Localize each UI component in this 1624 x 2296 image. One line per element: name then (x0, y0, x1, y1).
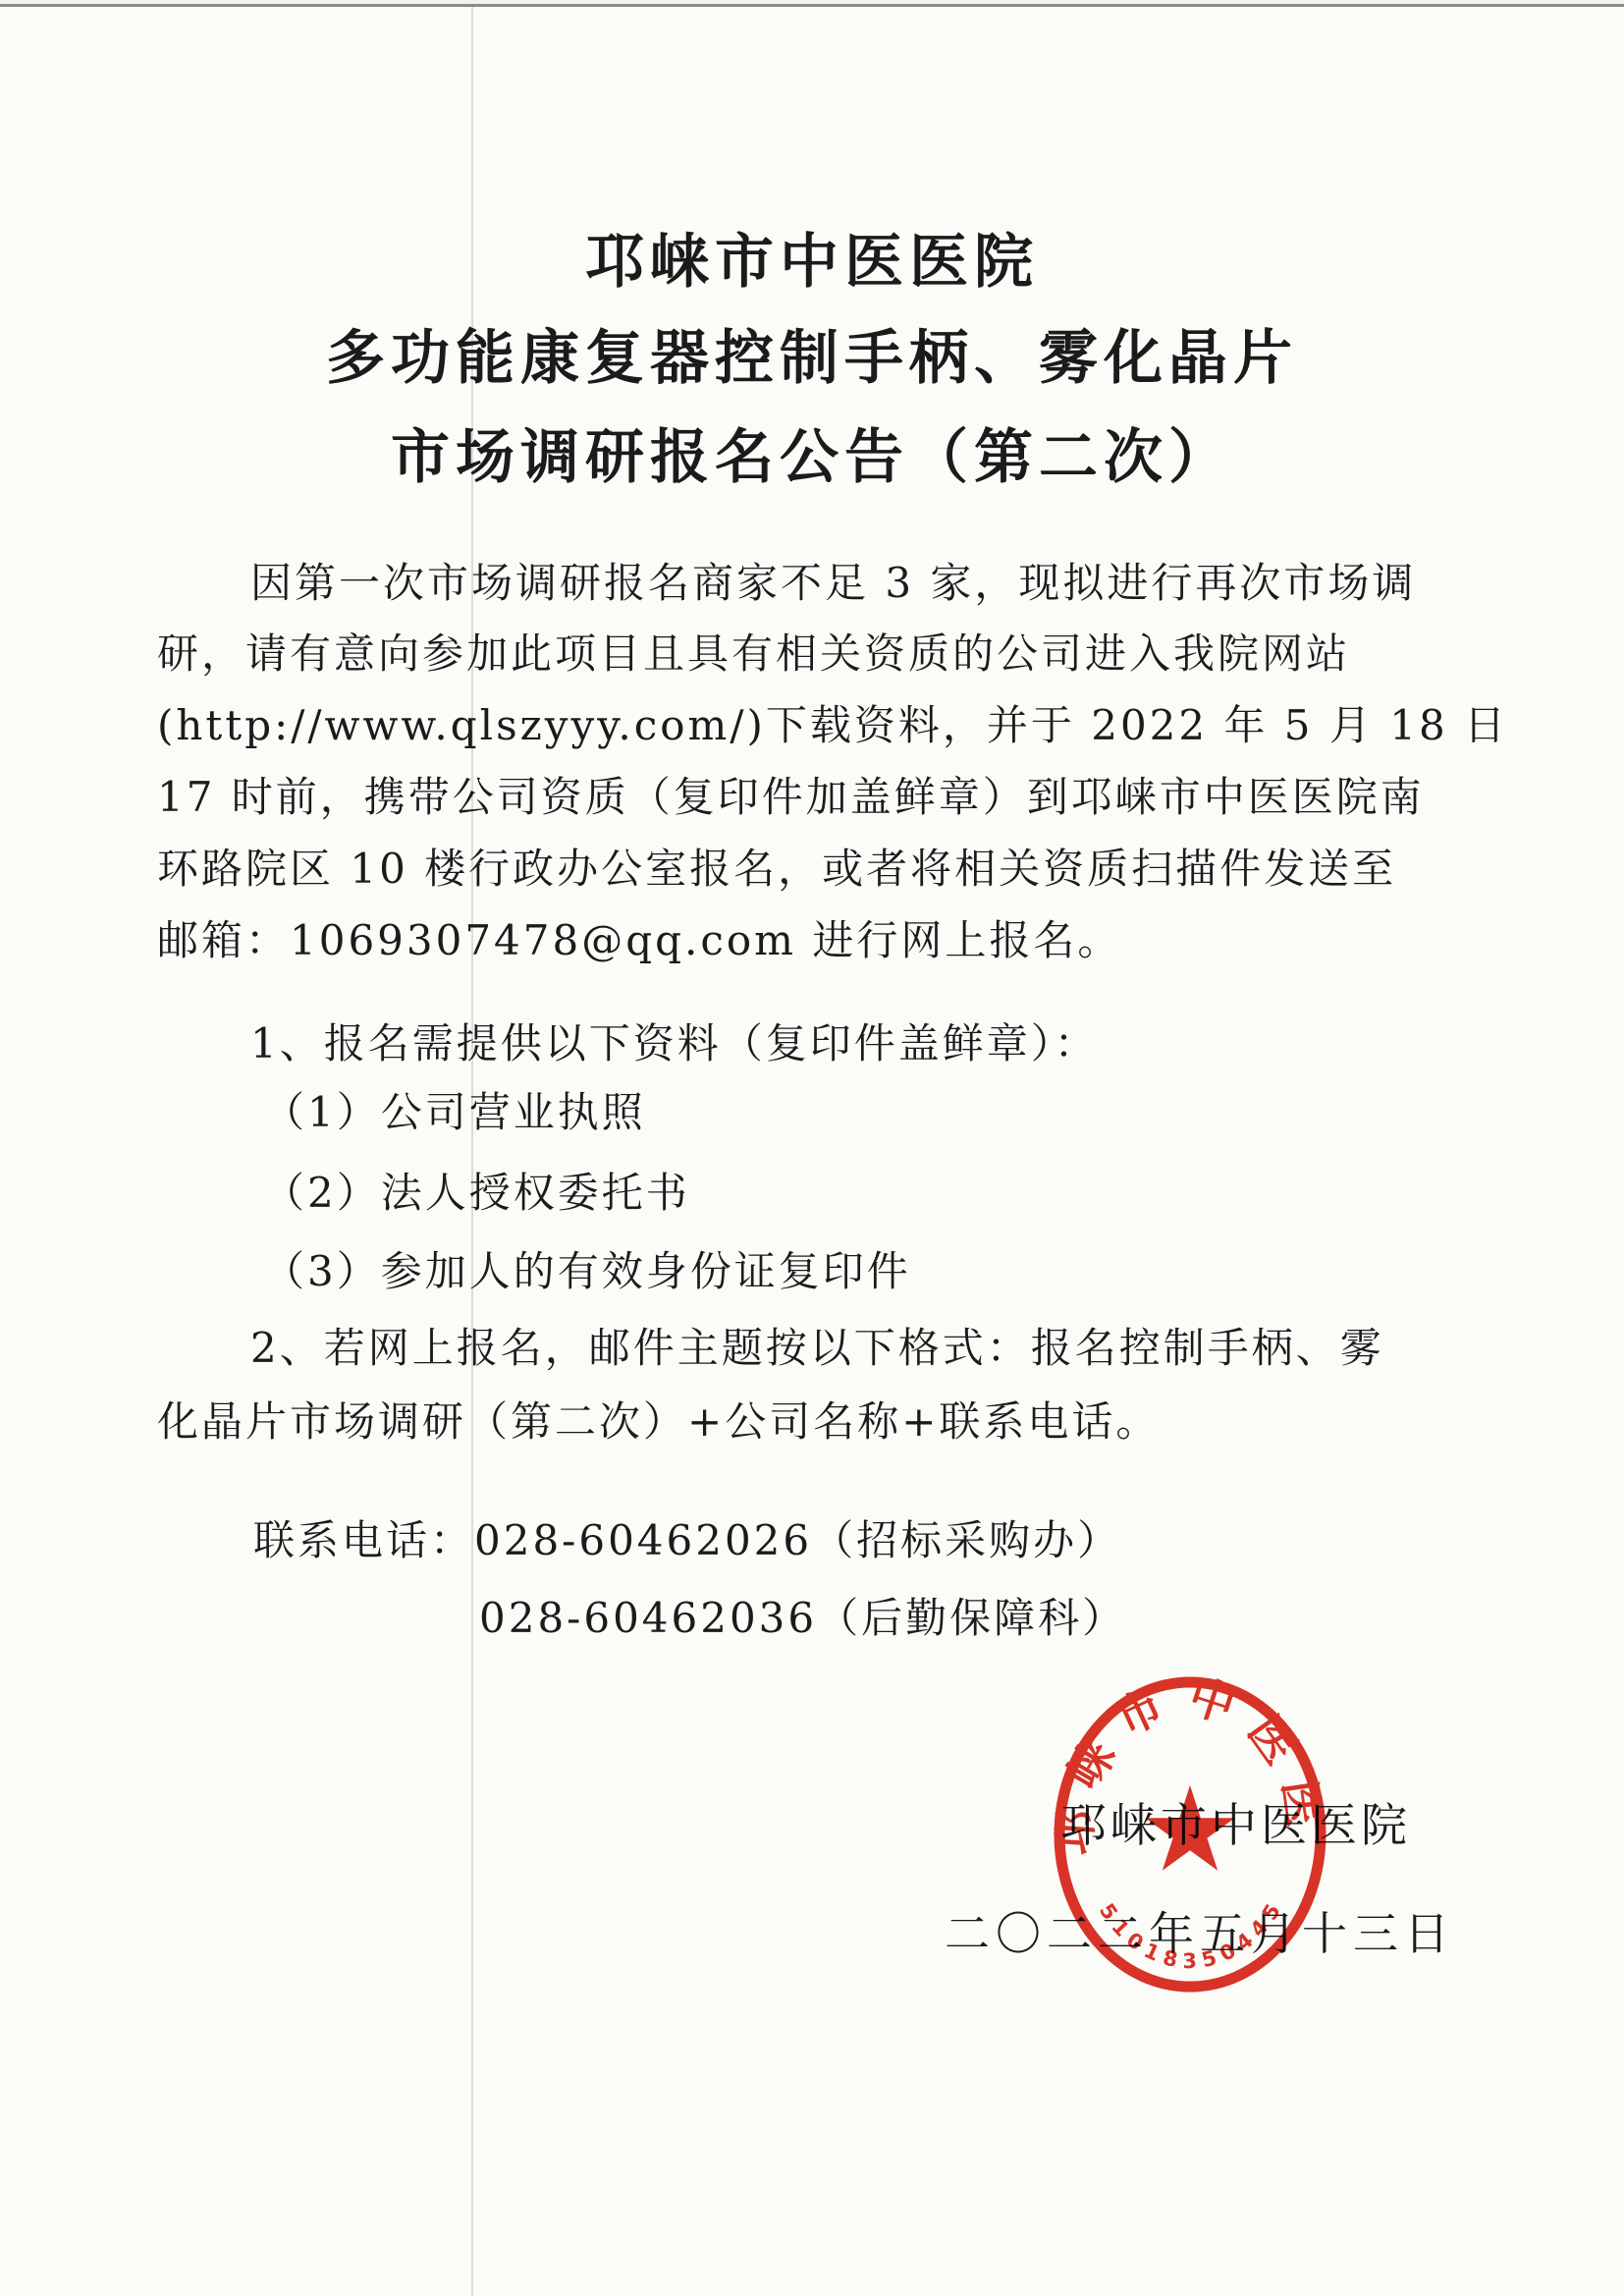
scan-edge-line (0, 4, 1624, 7)
body-line-2: 研，请有意向参加此项目且具有相关资质的公司进入我院网站 (157, 631, 1350, 677)
body-line-3: (http://www.qlszyyy.com/)下载资料，并于 2022 年 … (157, 703, 1508, 748)
list-item-2: 2、若网上报名，邮件主题按以下格式：报名控制手柄、雾 (250, 1326, 1384, 1371)
list-item-1: 1、报名需提供以下资料（复印件盖鲜章）： (250, 1021, 1099, 1066)
title-line-notice: 市场调研报名公告（第二次） (0, 427, 1624, 489)
contact-phone-2: 028-60462036（后勤保障科） (479, 1596, 1126, 1641)
scanned-announcement-page: 邛崃市中医医院 多功能康复器控制手柄、雾化晶片 市场调研报名公告（第二次） 因第… (0, 0, 1624, 2296)
title-line-project: 多功能康复器控制手柄、雾化晶片 (0, 328, 1624, 390)
title-line-hospital: 邛崃市中医医院 (0, 232, 1624, 294)
signature-date: 二〇二二年五月十三日 (945, 1909, 1455, 1959)
body-line-4: 17 时前，携带公司资质（复印件加盖鲜章）到邛崃市中医医院南 (157, 775, 1425, 820)
list-item-1-3: （3）参加人的有效身份证复印件 (263, 1249, 911, 1294)
list-item-2-cont: 化晶片市场调研（第二次）+公司名称+联系电话。 (157, 1399, 1160, 1445)
contact-phone-1: 联系电话：028-60462026（招标采购办） (253, 1518, 1121, 1563)
body-line-5: 环路院区 10 楼行政办公室报名，或者将相关资质扫描件发送至 (157, 847, 1396, 892)
signature-hospital-name: 邛崃市中医医院 (1060, 1801, 1411, 1852)
list-item-1-2: （2）法人授权委托书 (263, 1171, 690, 1216)
body-line-6: 邮箱：1069307478@qq.com 进行网上报名。 (157, 918, 1121, 963)
body-line-1: 因第一次市场调研报名商家不足 3 家，现拟进行再次市场调 (250, 561, 1416, 606)
list-item-1-1: （1）公司营业执照 (263, 1090, 646, 1135)
